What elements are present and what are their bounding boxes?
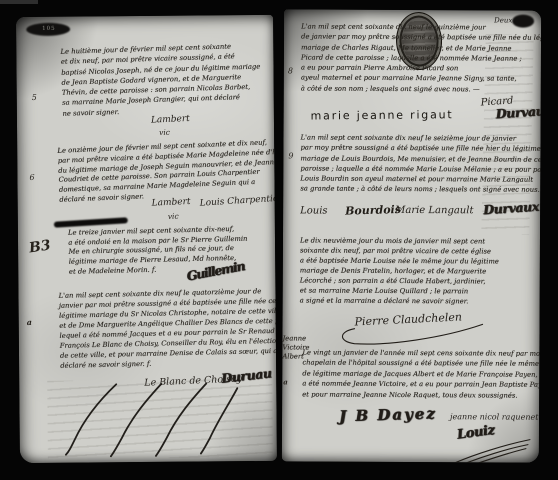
priest-signature: Durvaux <box>483 199 539 218</box>
margin-entry-number: 8 <box>288 66 293 75</box>
godmother-signature: jeanne nicol raquenet <box>450 412 538 421</box>
signature-flourish <box>444 434 539 462</box>
priest-signature: Durvaux <box>495 103 541 122</box>
godmother-signature: Marie Langault <box>395 205 473 216</box>
baptism-record: Le vingt un janvier de l'année mil sept … <box>302 347 541 400</box>
manuscript-line: Jeanne <box>282 334 309 343</box>
record-lines: L'an mil sept cent soixante dix neuf le … <box>300 132 541 195</box>
baptism-record: L'an mil sept cent soixante dix neuf le … <box>300 132 541 195</box>
baptism-record: L'an mil sept cent soixante dix neuf le … <box>301 21 541 94</box>
baptism-record: Le dix neuvième jour du mois de janvier … <box>300 235 499 306</box>
manuscript-line: sa grande tante ; à côté de leurs noms ;… <box>300 184 541 196</box>
manuscript-line: à côté de son nom ; lesquels ont signé a… <box>301 83 541 95</box>
record-lines: Le vingt un janvier de l'année mil sept … <box>302 347 541 400</box>
cancellation-strokes <box>16 15 277 463</box>
record-lines: Le dix neuvième jour du mois de janvier … <box>300 235 499 306</box>
left-page: 105 5 Le huitième jour de février mil se… <box>16 15 277 463</box>
margin-mark: a <box>283 377 288 386</box>
scan-edge-artifact <box>0 0 38 4</box>
godfather-signature: Bourdois <box>345 203 401 218</box>
chaplain-signature: J B Dayez <box>339 404 437 425</box>
manuscript-line: a signé et la marraine a déclaré ne savo… <box>300 295 499 306</box>
godmother-printed-name: marie jeanne rigaut <box>311 108 454 122</box>
margin-entry-number: 9 <box>288 151 293 160</box>
manuscript-line: et pour marraine Jeanne Nicole Raquet, t… <box>302 389 541 401</box>
right-page: Deux 8 L'an mil sept cent soixante dix n… <box>282 9 541 462</box>
record-lines: L'an mil sept cent soixante dix neuf le … <box>301 21 541 94</box>
register-scan: 105 5 Le huitième jour de février mil se… <box>0 0 558 480</box>
witness-signature: Louis <box>300 205 327 216</box>
